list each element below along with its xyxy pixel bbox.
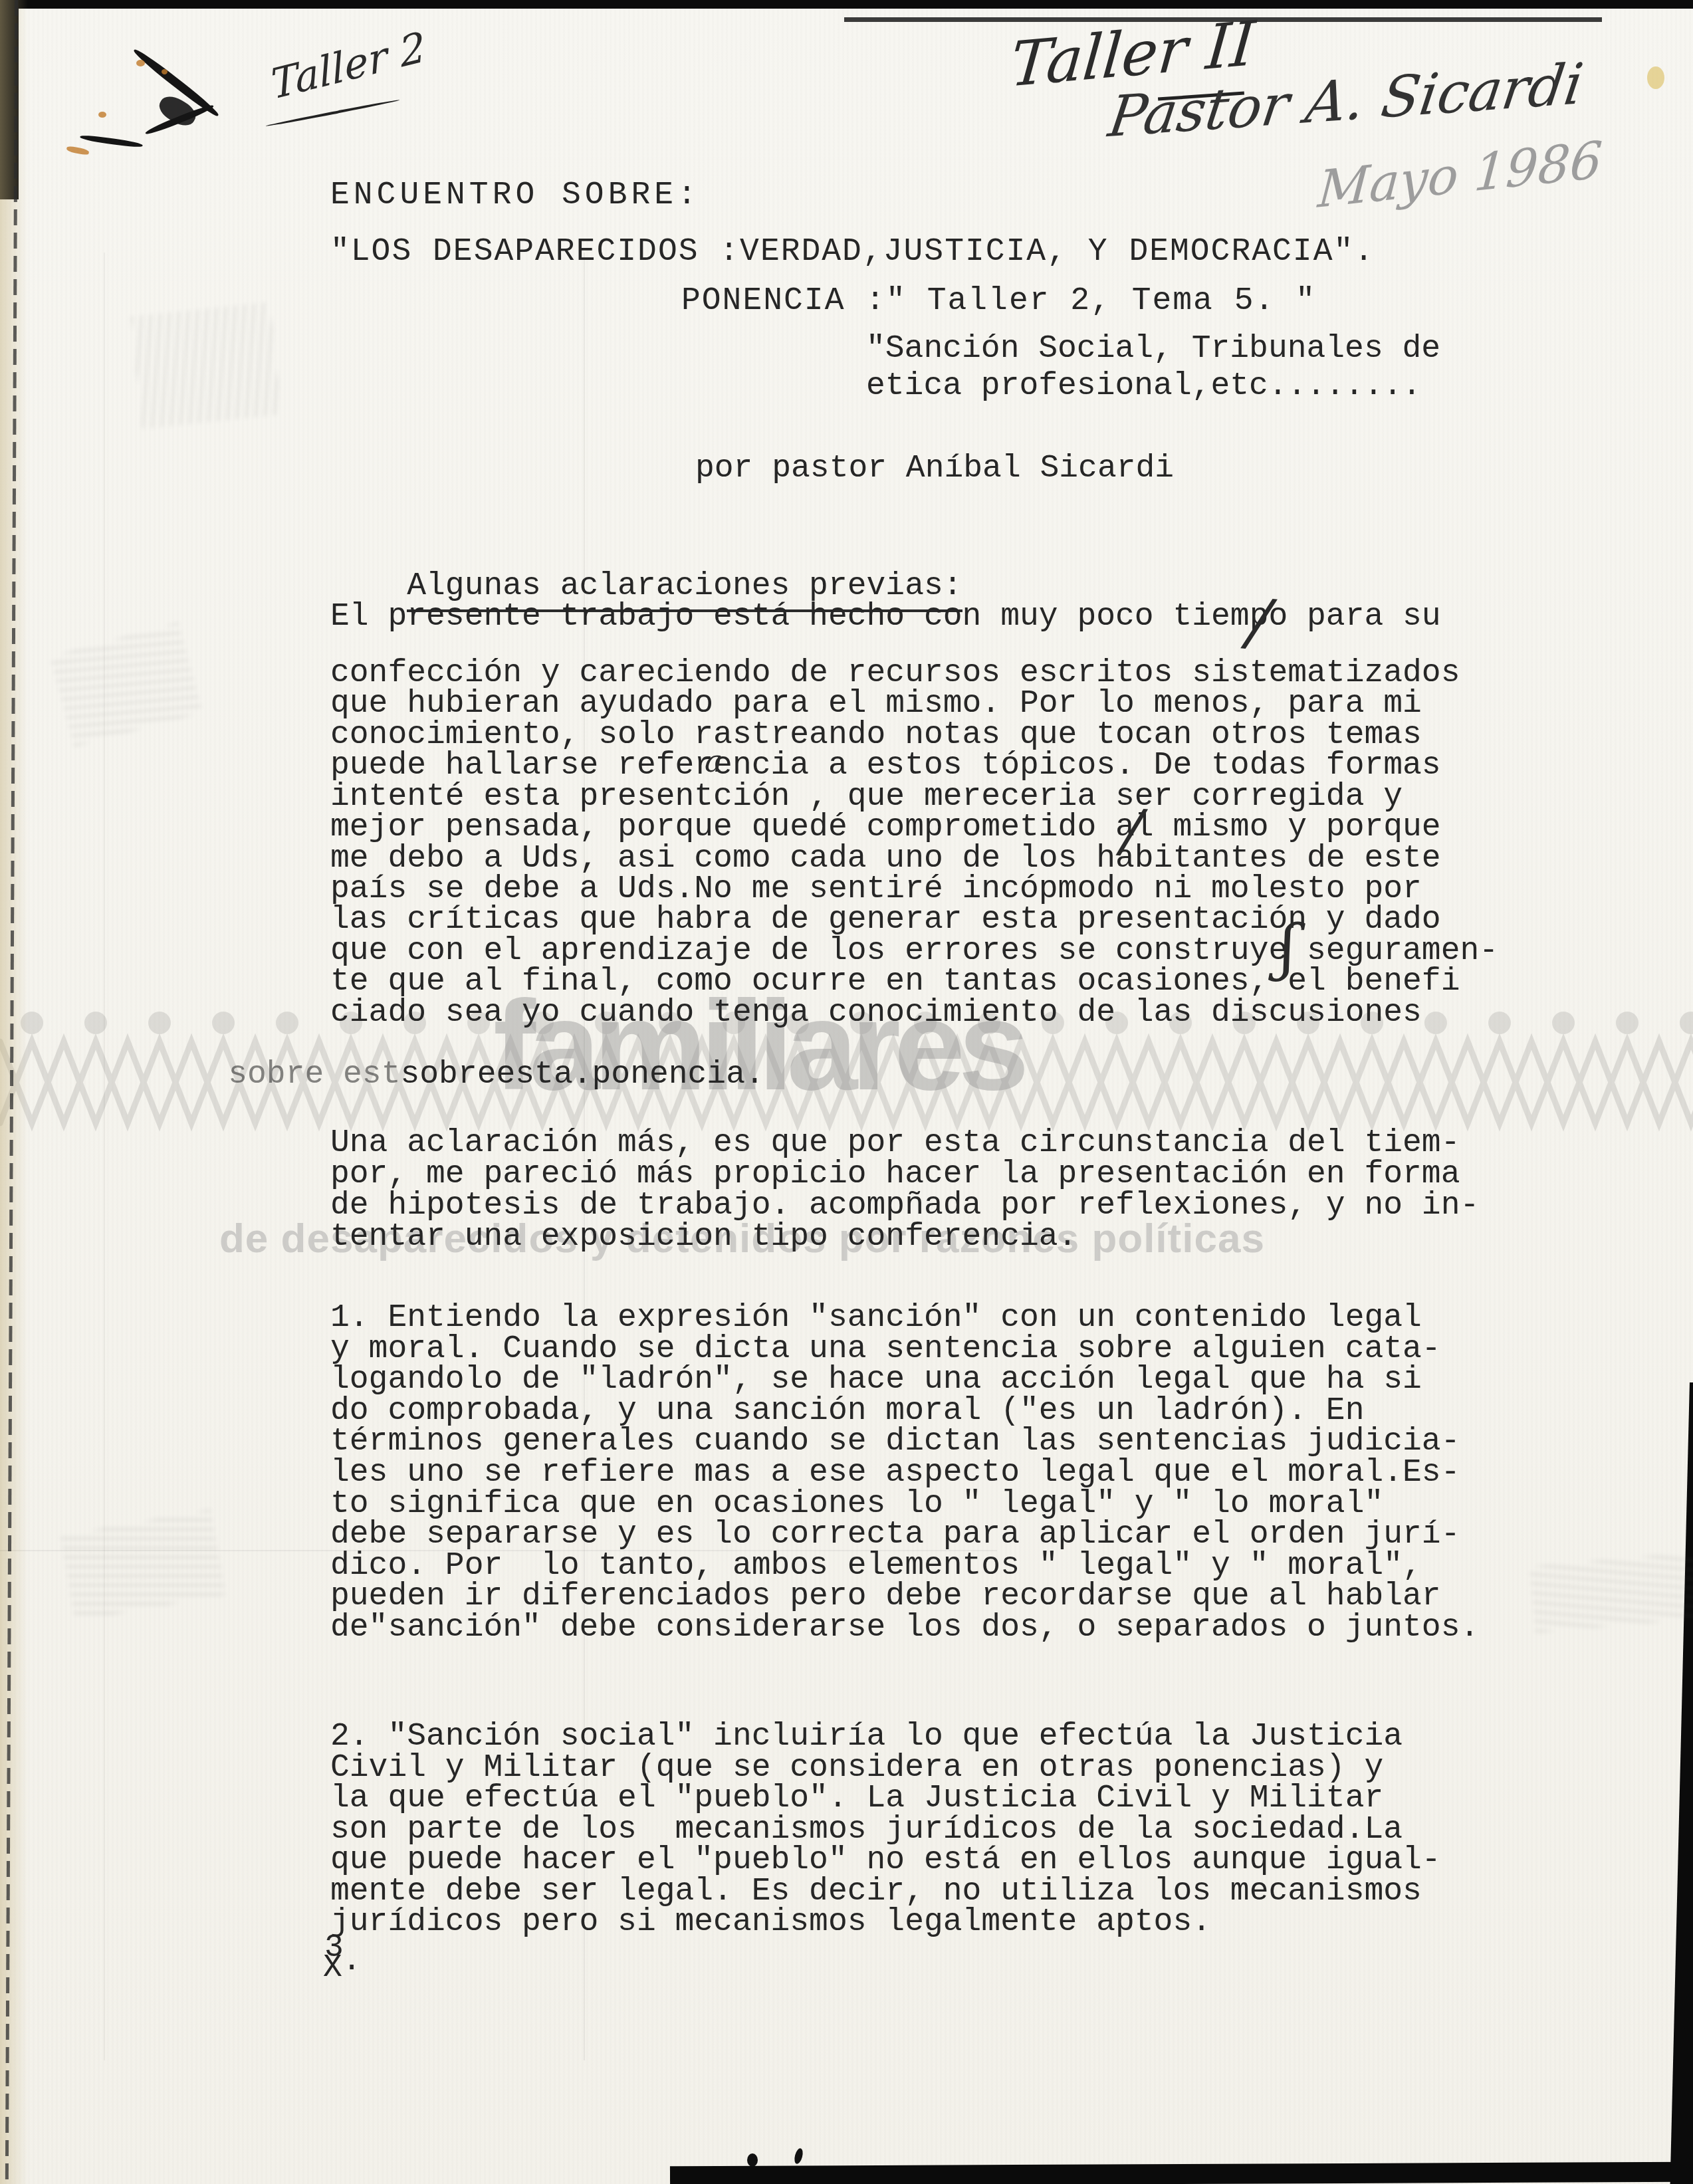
handwritten-slash: ʃ: [1280, 912, 1296, 983]
title-subtitle-2: etica profesional,etc........: [866, 371, 1421, 402]
body-line: ciado sea yo cuando tenga conocimiento d…: [330, 998, 1422, 1029]
ink-dot: [793, 2147, 804, 2165]
body-line: 2. "Sanción social" incluiría lo que efe…: [330, 1721, 1403, 1753]
body-line: tentar una exposicion tipo conferencia.: [330, 1222, 1077, 1253]
body-line: y moral. Cuando se dicta una sentencia s…: [330, 1334, 1441, 1365]
bleed-through-marks: [50, 623, 202, 747]
body-line: debe separarse y es lo correcta para apl…: [330, 1519, 1460, 1551]
body-line: las críticas que habra de generar esta p…: [330, 905, 1441, 936]
scan-edge-bottom: [670, 2162, 1693, 2184]
title-subtitle-1: "Sanción Social, Tribunales de: [866, 334, 1440, 365]
body-line-outdented: sobre estsobreesta.ponencia.: [152, 1028, 764, 1121]
body-line: les uno se refiere mas a ese aspecto leg…: [330, 1458, 1460, 1489]
overstrike-mark-x: X·: [323, 1953, 362, 1984]
rust-speck: [66, 146, 89, 156]
body-line: do comprobada, y una sanción moral ("es …: [330, 1396, 1364, 1427]
body-line: de"sanción" debe considerarse los dos, o…: [330, 1612, 1479, 1644]
body-line: me debo a Uds, asi como cada uno de los …: [330, 843, 1441, 875]
body-line: país se debe a Uds.No me sentiré incópmo…: [330, 874, 1422, 905]
body-line: que con el aprendizaje de los errores se…: [330, 936, 1498, 967]
body-line: conocimiento, solo rastreando notas que …: [330, 720, 1422, 751]
scanned-document-page: familiares de desaparecidos y detenidos …: [0, 0, 1693, 2184]
bleed-through-marks: [1529, 1551, 1693, 1632]
body-line: dico. Por lo tanto, ambos elementos " le…: [330, 1551, 1422, 1582]
byline: por pastor Aníbal Sicardi: [695, 453, 1174, 485]
title-ponencia: PONENCIA :" Taller 2, Tema 5. ": [681, 286, 1316, 317]
body-line: de hipotesis de trabajo. acompñada por r…: [330, 1190, 1479, 1222]
outdent-text: sobreesta.ponencia.: [400, 1057, 764, 1093]
vertical-scan-line: [104, 253, 105, 2060]
body-line: confección y careciendo de recursos escr…: [330, 658, 1460, 689]
rust-speck: [162, 69, 168, 74]
body-line: mente debe ser legal. Es decir, no utili…: [330, 1876, 1422, 1908]
body-line: que hubieran ayudado para el mismo. Por …: [330, 689, 1422, 720]
bleed-through-marks: [131, 302, 282, 429]
scan-edge-top: [0, 0, 1693, 9]
body-line: son parte de los mecanismos jurídicos de…: [330, 1814, 1403, 1846]
body-line: Una aclaración más, es que por esta circ…: [330, 1128, 1460, 1159]
handwritten-date-pencil: Mayo 1986: [1316, 130, 1604, 219]
handwritten-taller-2: Taller 2: [269, 22, 428, 109]
body-line: que puede hacer el "pueblo" no está en e…: [330, 1845, 1441, 1876]
outdent-faded-text: sobre est: [228, 1057, 400, 1093]
bleed-through-marks: [60, 1509, 225, 1621]
body-line: to significa que en ocasiones lo " legal…: [330, 1489, 1383, 1520]
paper-stain: [1647, 66, 1664, 89]
body-line: jurídicos pero si mecanismos legalmente …: [330, 1907, 1211, 1938]
ink-dot: [747, 2153, 758, 2167]
rust-speck: [98, 112, 106, 118]
body-line: El presente trabajo está hecho con muy p…: [330, 601, 1441, 633]
scan-edge-right-wedge: [1665, 1382, 1693, 2184]
body-line: la que efectúa el "pueblo". La Justicia …: [330, 1783, 1383, 1814]
body-line: intenté esta presentción , que mereceria…: [330, 782, 1403, 813]
body-line: logandolo de "ladrón", se hace una acció…: [330, 1365, 1422, 1396]
body-line: por, me pareció más propicio hacer la pr…: [330, 1159, 1460, 1190]
body-line: mejor pensada, porque quedé comprometido…: [330, 812, 1441, 843]
body-line: pueden ir diferenciados pero debe record…: [330, 1581, 1441, 1612]
ink-smudge: [80, 134, 143, 148]
body-line: puede hallarse referencia a estos tópico…: [330, 750, 1441, 782]
body-line: términos generales cuando se dictan las …: [330, 1426, 1460, 1458]
title-line-2: "LOS DESAPARECIDOS :VERDAD,JUSTICIA, Y D…: [330, 237, 1375, 268]
handwritten-slash: /: [1244, 584, 1274, 661]
title-line-1: ENCUENTRO SOBRE:: [330, 180, 701, 211]
body-line: Civil y Militar (que se considera en otr…: [330, 1753, 1383, 1784]
handwritten-inserted-a: a: [705, 743, 723, 779]
body-line: 1. Entiendo la expresión "sanción" con u…: [330, 1303, 1422, 1334]
rust-speck: [136, 60, 145, 66]
